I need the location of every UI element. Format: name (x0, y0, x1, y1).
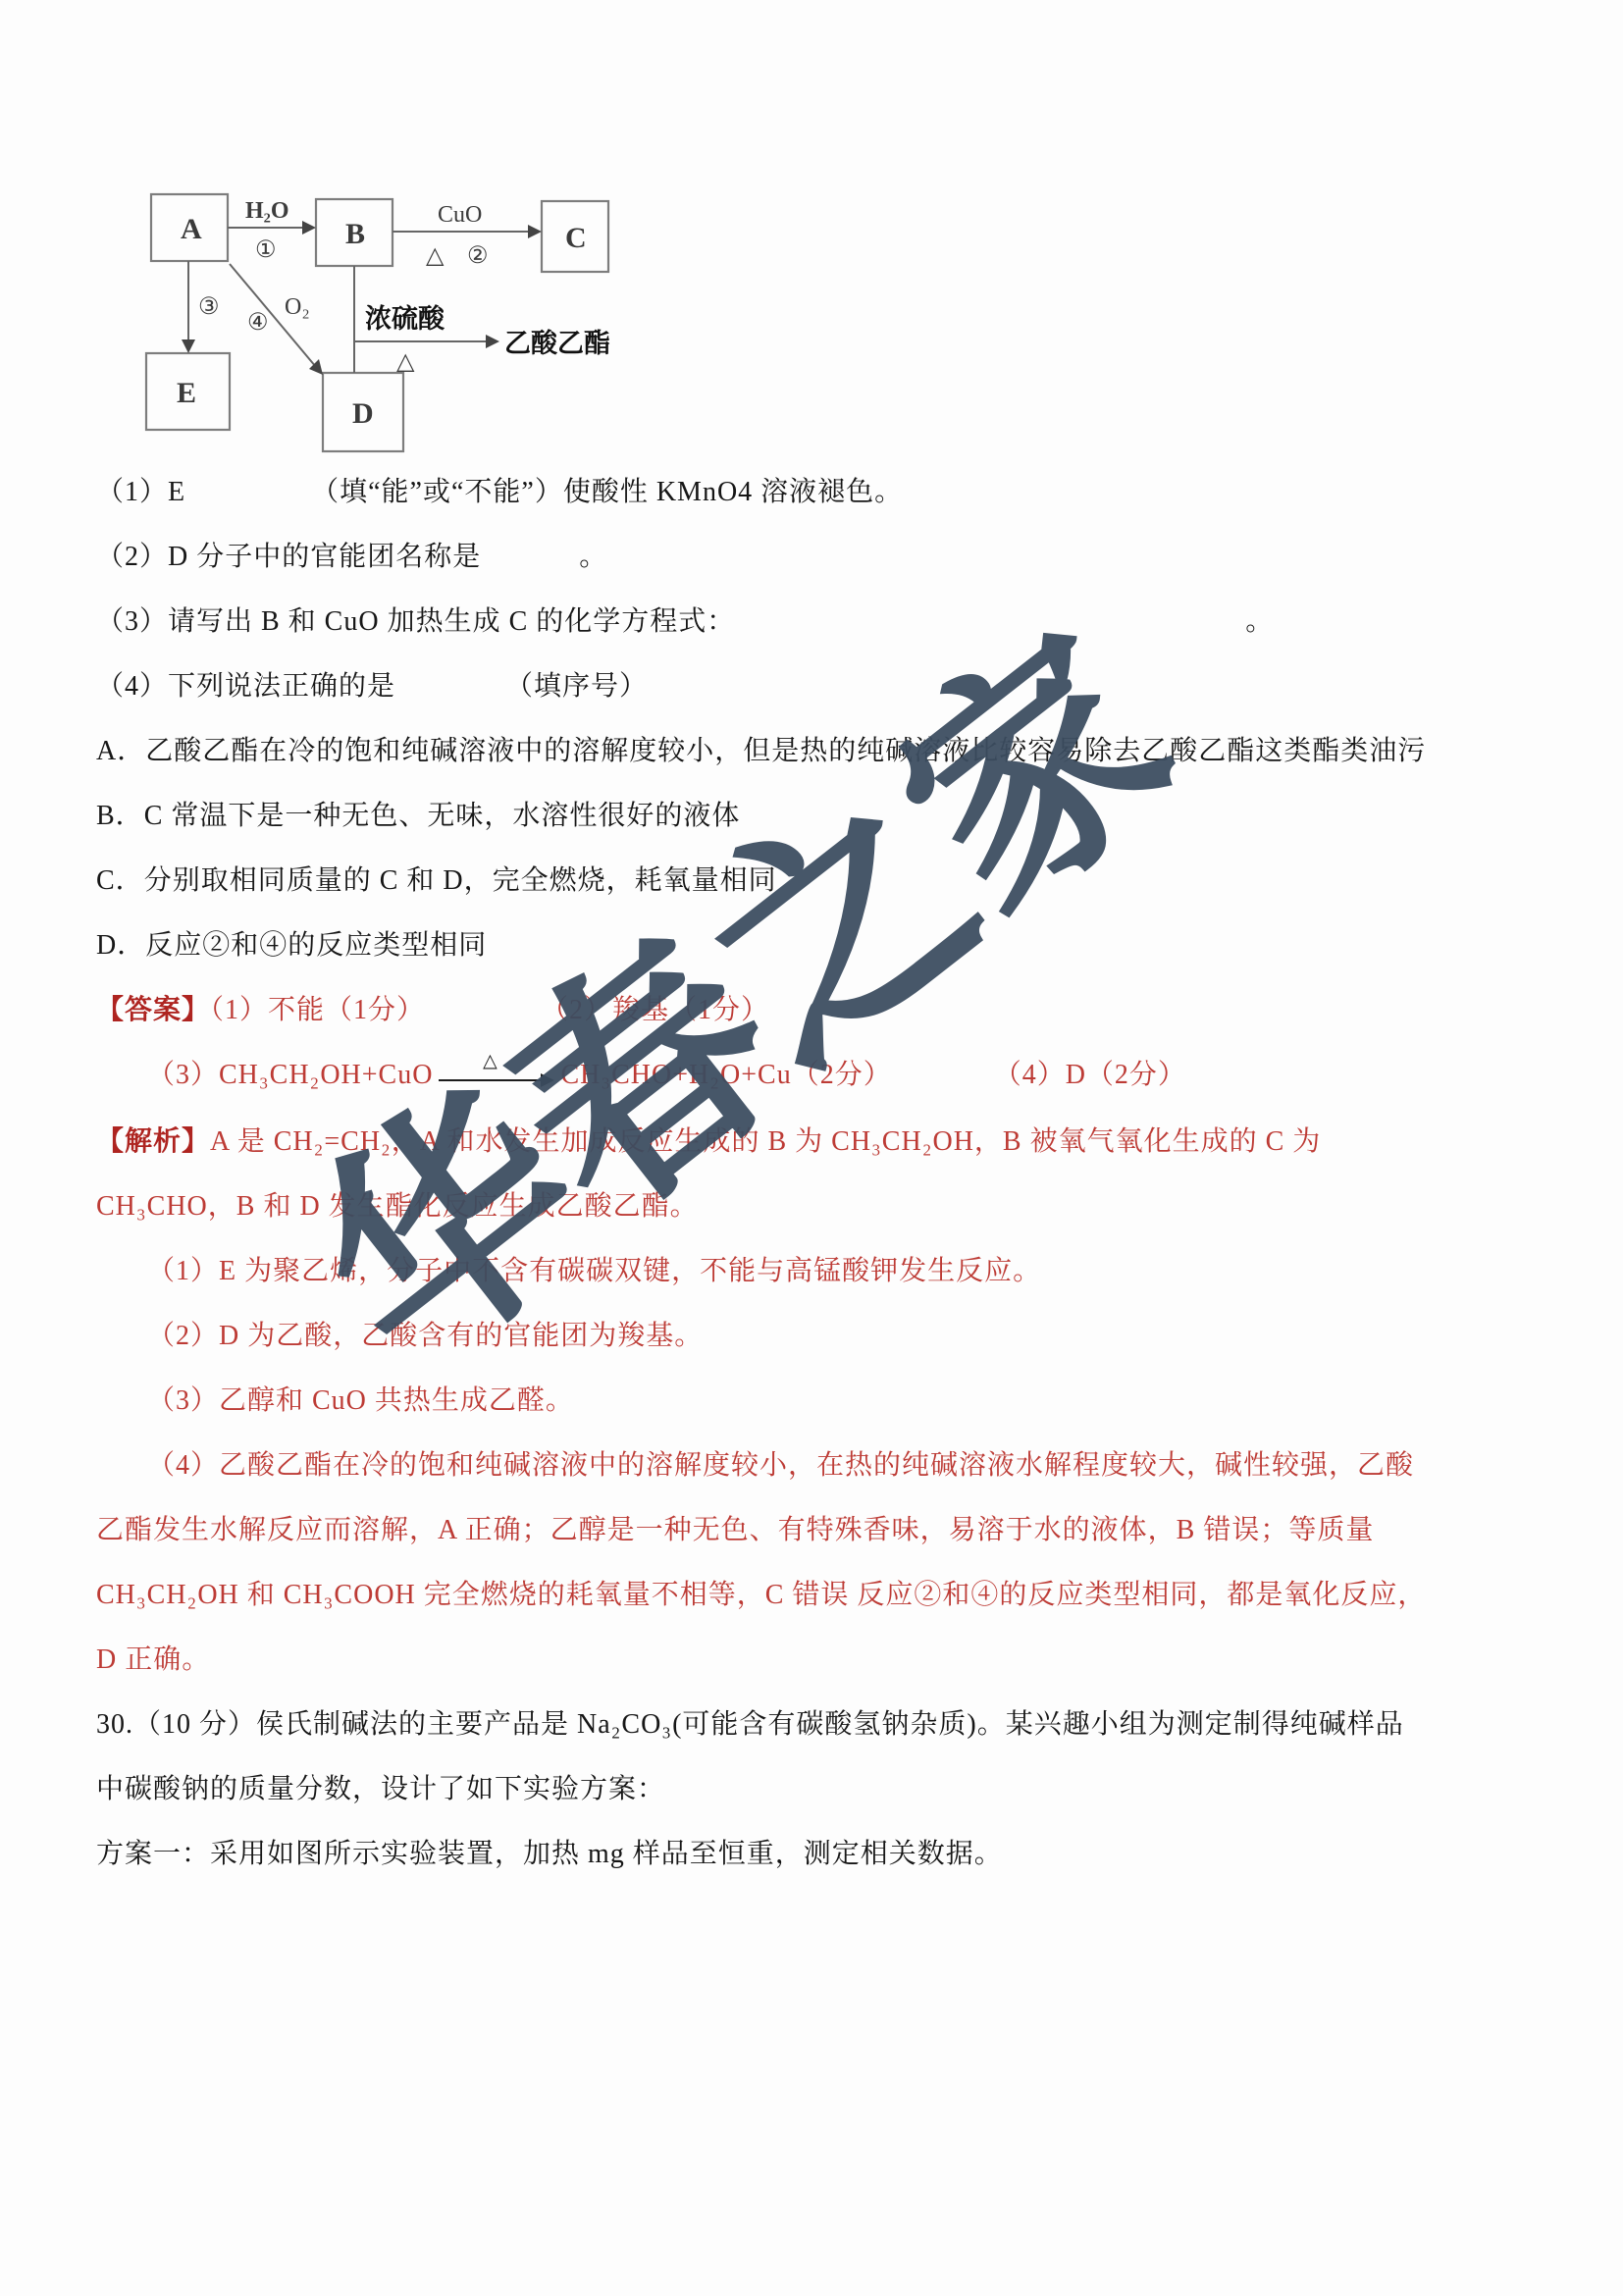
analysis-point-1: （1）E 为聚乙烯，分子中不含有碳碳双键，不能与高锰酸钾发生反应。 (96, 1257, 1548, 1286)
step4-label: ④ (247, 310, 269, 336)
reaction-flow-diagram: A B C E D H₂O ① CuO △ ② ③ ④ O₂ (102, 126, 691, 464)
analysis-point-4-text-2: 乙酯发生水解反应而溶解，A 正确；乙醇是一种无色、有特殊香味，易溶于水的液体，B… (96, 1515, 1374, 1545)
option-d-label: D． (96, 930, 145, 961)
arrow-shaft (439, 1079, 543, 1081)
box-d-label: D (352, 397, 374, 430)
analysis-point-4-line-2: 乙酯发生水解反应而溶解，A 正确；乙醇是一种无色、有特殊香味，易溶于水的液体，B… (96, 1516, 1548, 1545)
question-4-pre: （4）下列说法正确的是 (96, 671, 395, 702)
question-3: （3）请写出 B 和 CuO 加热生成 C 的化学方程式：。 (96, 607, 1548, 637)
answer-equation: （3）CH₃CH₂OH+CuO△CH₃CHO+H₂O+Cu（2分）（4）D（2分… (96, 1061, 1548, 1092)
answer-part-4: （4）D（2分） (994, 1060, 1186, 1090)
step2-label: ② (467, 243, 489, 269)
h2o-label: H₂O (245, 198, 289, 224)
analysis-point-2: （2）D 为乙酸，乙酸含有的官能团为羧基。 (96, 1322, 1548, 1351)
option-b-label: B． (96, 801, 144, 831)
arrow-delta: △ (439, 1047, 541, 1076)
option-d: D．反应②和④的反应类型相同 (96, 931, 1548, 961)
question-4: （4）下列说法正确的是（填序号） (96, 672, 1548, 702)
reaction-condition-arrow: △ (439, 1063, 554, 1092)
question-3-pre: （3）请写出 B 和 CuO 加热生成 C 的化学方程式： (96, 606, 735, 637)
equation-left: （3）CH₃CH₂OH+CuO (147, 1060, 433, 1090)
question-1-pre: （1）E (96, 477, 185, 507)
answer-part-1: （1）不能（1分） (210, 995, 425, 1025)
option-c: C．分别取相同质量的 C 和 D，完全燃烧，耗氧量相同 (96, 866, 1548, 896)
o2-label: O₂ (285, 294, 310, 320)
option-a-label: A． (96, 736, 145, 766)
question-4-post: （填序号） (505, 671, 648, 702)
analysis-point-1-text: （1）E 为聚乙烯，分子中不含有碳碳双键，不能与高锰酸钾发生反应。 (147, 1256, 1041, 1286)
box-c-label: C (565, 222, 587, 254)
question-2-post: 。 (579, 542, 607, 572)
question-30-text-1: 30.（10 分）侯氏制碱法的主要产品是 Na₂CO₃(可能含有碳酸氢钠杂质)。… (96, 1709, 1404, 1740)
document-content: A B C E D H₂O ① CuO △ ② ③ ④ O₂ (96, 126, 1548, 1905)
analysis-intro-2: CH₃CHO，B 和 D 发生酯化反应生成乙酸乙酯。 (96, 1192, 1548, 1222)
question-30-line-1: 30.（10 分）侯氏制碱法的主要产品是 Na₂CO₃(可能含有碳酸氢钠杂质)。… (96, 1710, 1548, 1740)
analysis-point-4-text-1: （4）乙酸乙酯在冷的饱和纯碱溶液中的溶解度较小，在热的纯碱溶液水解程度较大，碱性… (147, 1450, 1414, 1481)
option-b-text: C 常温下是一种无色、无味，水溶性很好的液体 (144, 801, 741, 831)
arrow-tip (541, 1073, 554, 1087)
option-a: A．乙酸乙酯在冷的饱和纯碱溶液中的溶解度较小，但是热的纯碱溶液比较容易除去乙酸乙… (96, 737, 1548, 766)
answer-tag: 【答案】 (96, 995, 210, 1025)
analysis-point-3: （3）乙醇和 CuO 共热生成乙醛。 (96, 1386, 1548, 1416)
step1-label: ① (255, 237, 277, 263)
delta2-label: △ (396, 349, 415, 375)
step3-label: ③ (198, 294, 220, 320)
analysis-intro-1: 【解析】A 是 CH₂=CH₂，A 和水发生加成反应生成的 B 为 CH₃CH₂… (96, 1127, 1548, 1157)
analysis-point-4-text-3: CH₃CH₂OH 和 CH₃COOH 完全燃烧的耗氧量不相等，C 错误 反应②和… (96, 1580, 1426, 1610)
answer-line: 【答案】（1）不能（1分）（2）羧基（1分） (96, 996, 1548, 1025)
analysis-intro-1-text: A 是 CH₂=CH₂，A 和水发生加成反应生成的 B 为 CH₃CH₂OH，B… (210, 1126, 1321, 1157)
cuo-label: CuO (438, 202, 482, 228)
analysis-point-4-text-4: D 正确。 (96, 1644, 210, 1675)
conc-acid-label: 浓硫酸 (365, 303, 445, 334)
question-30-text-2: 中碳酸钠的质量分数，设计了如下实验方案： (96, 1774, 665, 1804)
question-30-line-3: 方案一：采用如图所示实验装置，加热 mg 样品至恒重，测定相关数据。 (96, 1840, 1548, 1869)
analysis-point-2-text: （2）D 为乙酸，乙酸含有的官能团为羧基。 (147, 1321, 703, 1351)
question-2: （2）D 分子中的官能团名称是。 (96, 543, 1548, 572)
question-30-text-3: 方案一：采用如图所示实验装置，加热 mg 样品至恒重，测定相关数据。 (96, 1839, 1003, 1869)
analysis-point-4-line-3: CH₃CH₂OH 和 CH₃COOH 完全燃烧的耗氧量不相等，C 错误 反应②和… (96, 1581, 1548, 1610)
question-30-line-2: 中碳酸钠的质量分数，设计了如下实验方案： (96, 1775, 1548, 1804)
question-3-post: 。 (1245, 606, 1274, 637)
delta-label: △ (426, 243, 445, 269)
box-e-label: E (177, 377, 196, 409)
box-a-label: A (181, 213, 202, 245)
document-page: A B C E D H₂O ① CuO △ ② ③ ④ O₂ (0, 0, 1623, 2296)
analysis-tag: 【解析】 (96, 1126, 210, 1157)
answer-part-2: （2）羧基（1分） (541, 995, 769, 1025)
option-c-text: 分别取相同质量的 C 和 D，完全燃烧，耗氧量相同 (144, 865, 777, 896)
analysis-intro-2-text: CH₃CHO，B 和 D 发生酯化反应生成乙酸乙酯。 (96, 1191, 699, 1222)
option-a-text: 乙酸乙酯在冷的饱和纯碱溶液中的溶解度较小，但是热的纯碱溶液比较容易除去乙酸乙酯这… (145, 736, 1426, 766)
box-b-label: B (345, 218, 365, 250)
equation-right: CH₃CHO+H₂O+Cu（2分） (560, 1060, 891, 1090)
analysis-point-4-line-4: D 正确。 (96, 1645, 1548, 1675)
question-1: （1）E（填“能”或“不能”）使酸性 KMnO4 溶液褪色。 (96, 478, 1548, 507)
analysis-point-4-line-1: （4）乙酸乙酯在冷的饱和纯碱溶液中的溶解度较小，在热的纯碱溶液水解程度较大，碱性… (96, 1451, 1548, 1481)
question-2-pre: （2）D 分子中的官能团名称是 (96, 542, 481, 572)
option-c-label: C． (96, 865, 144, 896)
option-d-text: 反应②和④的反应类型相同 (145, 930, 487, 961)
analysis-point-3-text: （3）乙醇和 CuO 共热生成乙醛。 (147, 1385, 574, 1416)
question-1-post: （填“能”或“不能”）使酸性 KMnO4 溶液褪色。 (311, 477, 903, 507)
ester-label: 乙酸乙酯 (504, 328, 610, 358)
option-b: B．C 常温下是一种无色、无味，水溶性很好的液体 (96, 802, 1548, 831)
